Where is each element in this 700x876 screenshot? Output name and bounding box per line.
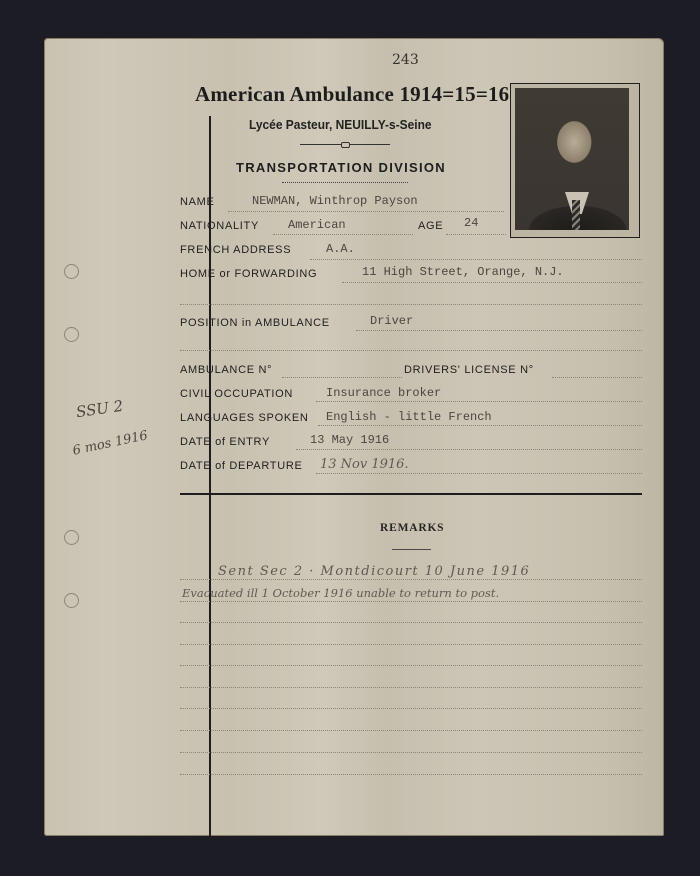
field-value: American: [288, 218, 346, 232]
field-label: HOME or FORWARDING: [180, 268, 317, 280]
ruled-line: [180, 687, 642, 688]
field-label: FRENCH ADDRESS: [180, 244, 291, 256]
ruled-line: [180, 622, 642, 623]
field-home-address: HOME or FORWARDING 11 High Street, Orang…: [180, 268, 642, 286]
field-value: 13 May 1916: [310, 433, 389, 447]
punch-hole: [64, 530, 79, 545]
remarks-underline: [392, 549, 431, 550]
margin-note-unit: SSU 2: [75, 397, 124, 421]
remark-line-1: Sent Sec 2 · Montdicourt 10 June 1916: [218, 564, 530, 579]
portrait-photo-frame: [510, 83, 640, 238]
remarks-heading: REMARKS: [380, 522, 444, 534]
fill-line: [316, 401, 642, 402]
field-nationality: NATIONALITY American AGE 24: [180, 220, 510, 238]
field-date-departure: DATE of DEPARTURE 13 Nov 1916.: [180, 460, 642, 478]
ornament-divider: [300, 144, 390, 145]
field-label: LANGUAGES SPOKEN: [180, 412, 309, 424]
ruled-line: [180, 601, 642, 602]
field-label: NATIONALITY: [180, 220, 259, 232]
ruled-line: [180, 708, 642, 709]
field-value: 11 High Street, Orange, N.J.: [362, 265, 564, 279]
field-label: NAME: [180, 196, 215, 208]
field-value: Insurance broker: [326, 386, 441, 400]
fill-line: [228, 211, 504, 212]
document-title: American Ambulance 1914=15=16: [195, 82, 509, 107]
division-underline: [282, 182, 408, 184]
fill-line: [342, 282, 642, 283]
field-value: Driver: [370, 314, 413, 328]
ruled-line: [180, 579, 642, 580]
field-date-entry: DATE of ENTRY 13 May 1916: [180, 436, 642, 454]
section-divider: [180, 493, 642, 495]
field-value: NEWMAN, Winthrop Payson: [252, 194, 418, 208]
fill-line: [180, 304, 642, 305]
document-subtitle: Lycée Pasteur, NEUILLY-s-Seine: [249, 117, 432, 132]
fill-line: [273, 234, 413, 235]
ruled-line: [180, 730, 642, 731]
fill-line: [318, 425, 642, 426]
field-label: AMBULANCE N°: [180, 364, 272, 376]
field-label: CIVIL OCCUPATION: [180, 388, 293, 400]
fill-line: [180, 350, 642, 351]
field-value: English - little French: [326, 410, 492, 424]
field-label: DATE of ENTRY: [180, 436, 270, 448]
fill-line: [446, 234, 506, 235]
field-label-age: AGE: [418, 220, 443, 232]
fill-line: [296, 449, 642, 450]
field-value-handwritten: 13 Nov 1916.: [320, 457, 409, 472]
fill-line: [356, 330, 642, 331]
field-ambulance-number: AMBULANCE N° DRIVERS' LICENSE N°: [180, 364, 642, 382]
field-value-age: 24: [464, 216, 478, 230]
ruled-line: [180, 644, 642, 645]
punch-hole: [64, 264, 79, 279]
field-civil-occupation: CIVIL OCCUPATION Insurance broker: [180, 388, 642, 406]
ruled-line: [180, 752, 642, 753]
punch-hole: [64, 593, 79, 608]
ruled-line: [180, 774, 642, 775]
page-number: 243: [392, 52, 419, 68]
fill-line: [310, 259, 642, 260]
field-label: DATE of DEPARTURE: [180, 460, 303, 472]
ruled-line: [180, 665, 642, 666]
tie-shape: [572, 200, 580, 230]
field-position: POSITION in AMBULANCE Driver: [180, 317, 642, 335]
fill-line: [552, 377, 642, 378]
field-languages: LANGUAGES SPOKEN English - little French: [180, 412, 642, 430]
field-label: POSITION in AMBULANCE: [180, 317, 330, 329]
field-label-drivers-license: DRIVERS' LICENSE N°: [404, 364, 534, 376]
division-heading: TRANSPORTATION DIVISION: [236, 160, 446, 175]
punch-hole: [64, 327, 79, 342]
field-value: A.A.: [326, 242, 355, 256]
fill-line: [282, 377, 402, 378]
margin-note-duration: 6 mos 1916: [71, 428, 149, 459]
fill-line: [316, 473, 642, 474]
portrait-photo: [515, 88, 629, 230]
remark-line-2: Evacuated ill 1 October 1916 unable to r…: [182, 586, 499, 600]
